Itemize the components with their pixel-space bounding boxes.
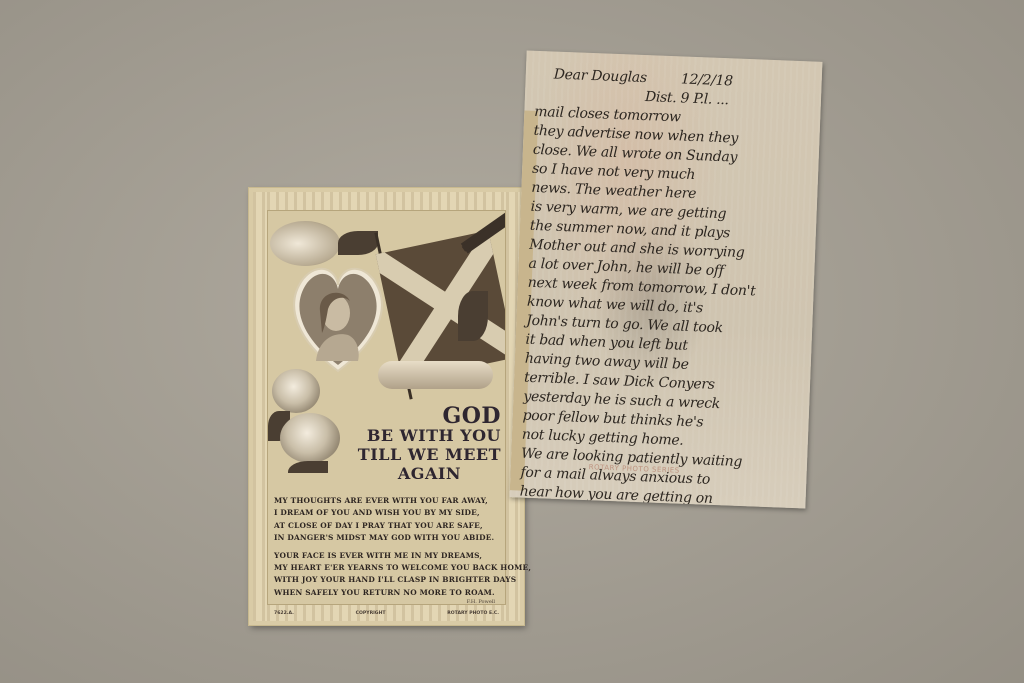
- leaf-icon: [458, 291, 488, 341]
- poem-line: When safely you return no more to roam.: [274, 587, 499, 599]
- poem-line: My heart e'er yearns to welcome you back…: [274, 562, 499, 574]
- postcard-title: GOD BE WITH YOU TILL WE MEET AGAIN: [330, 407, 501, 487]
- title-line: BE WITH YOU: [330, 426, 501, 445]
- salutation: Dear Douglas: [535, 66, 647, 86]
- title-line: GOD: [330, 407, 501, 426]
- poem-line: With joy your hand I'll clasp in brighte…: [274, 574, 499, 586]
- handwritten-letter: Dear Douglas 12/2/18 Dist. 9 P.l. ... ma…: [510, 50, 823, 508]
- postcard-footer: 7622.A. COPYRIGHT ROTARY PHOTO E.C.: [274, 611, 499, 616]
- poem-line: In danger's midst may God with you abide…: [274, 532, 499, 544]
- postcard-poem: My thoughts are ever with you far away, …: [274, 495, 499, 604]
- clasped-hands-icon: [378, 361, 493, 389]
- title-line: AGAIN: [330, 464, 501, 483]
- poem-stanza: My thoughts are ever with you far away, …: [274, 495, 499, 545]
- poem-line: Your face is ever with me in my dreams,: [274, 550, 499, 562]
- publisher-label: ROTARY PHOTO E.C.: [447, 611, 499, 616]
- letter-text: Dear Douglas 12/2/18 Dist. 9 P.l. ... ma…: [515, 65, 814, 509]
- poem-line: My thoughts are ever with you far away,: [274, 495, 499, 507]
- postcard-face: GOD BE WITH YOU TILL WE MEET AGAIN My th…: [267, 210, 506, 605]
- rose-top-icon: [270, 221, 340, 266]
- wwi-postcard: GOD BE WITH YOU TILL WE MEET AGAIN My th…: [249, 188, 524, 625]
- leaf-icon: [338, 231, 378, 255]
- letter-date: 12/2/18: [651, 70, 733, 89]
- title-line: TILL WE MEET: [330, 445, 501, 464]
- poem-line: I dream of you and wish you by my side,: [274, 507, 499, 519]
- heart-portrait-frame: [288, 261, 388, 376]
- copyright-label: COPYRIGHT: [356, 611, 386, 616]
- poem-author: F.H. Powell: [467, 599, 495, 605]
- poem-line: At close of day I pray that you are safe…: [274, 520, 499, 532]
- poem-stanza: Your face is ever with me in my dreams, …: [274, 550, 499, 600]
- woman-portrait-icon: [288, 261, 388, 376]
- card-number: 7622.A.: [274, 611, 294, 616]
